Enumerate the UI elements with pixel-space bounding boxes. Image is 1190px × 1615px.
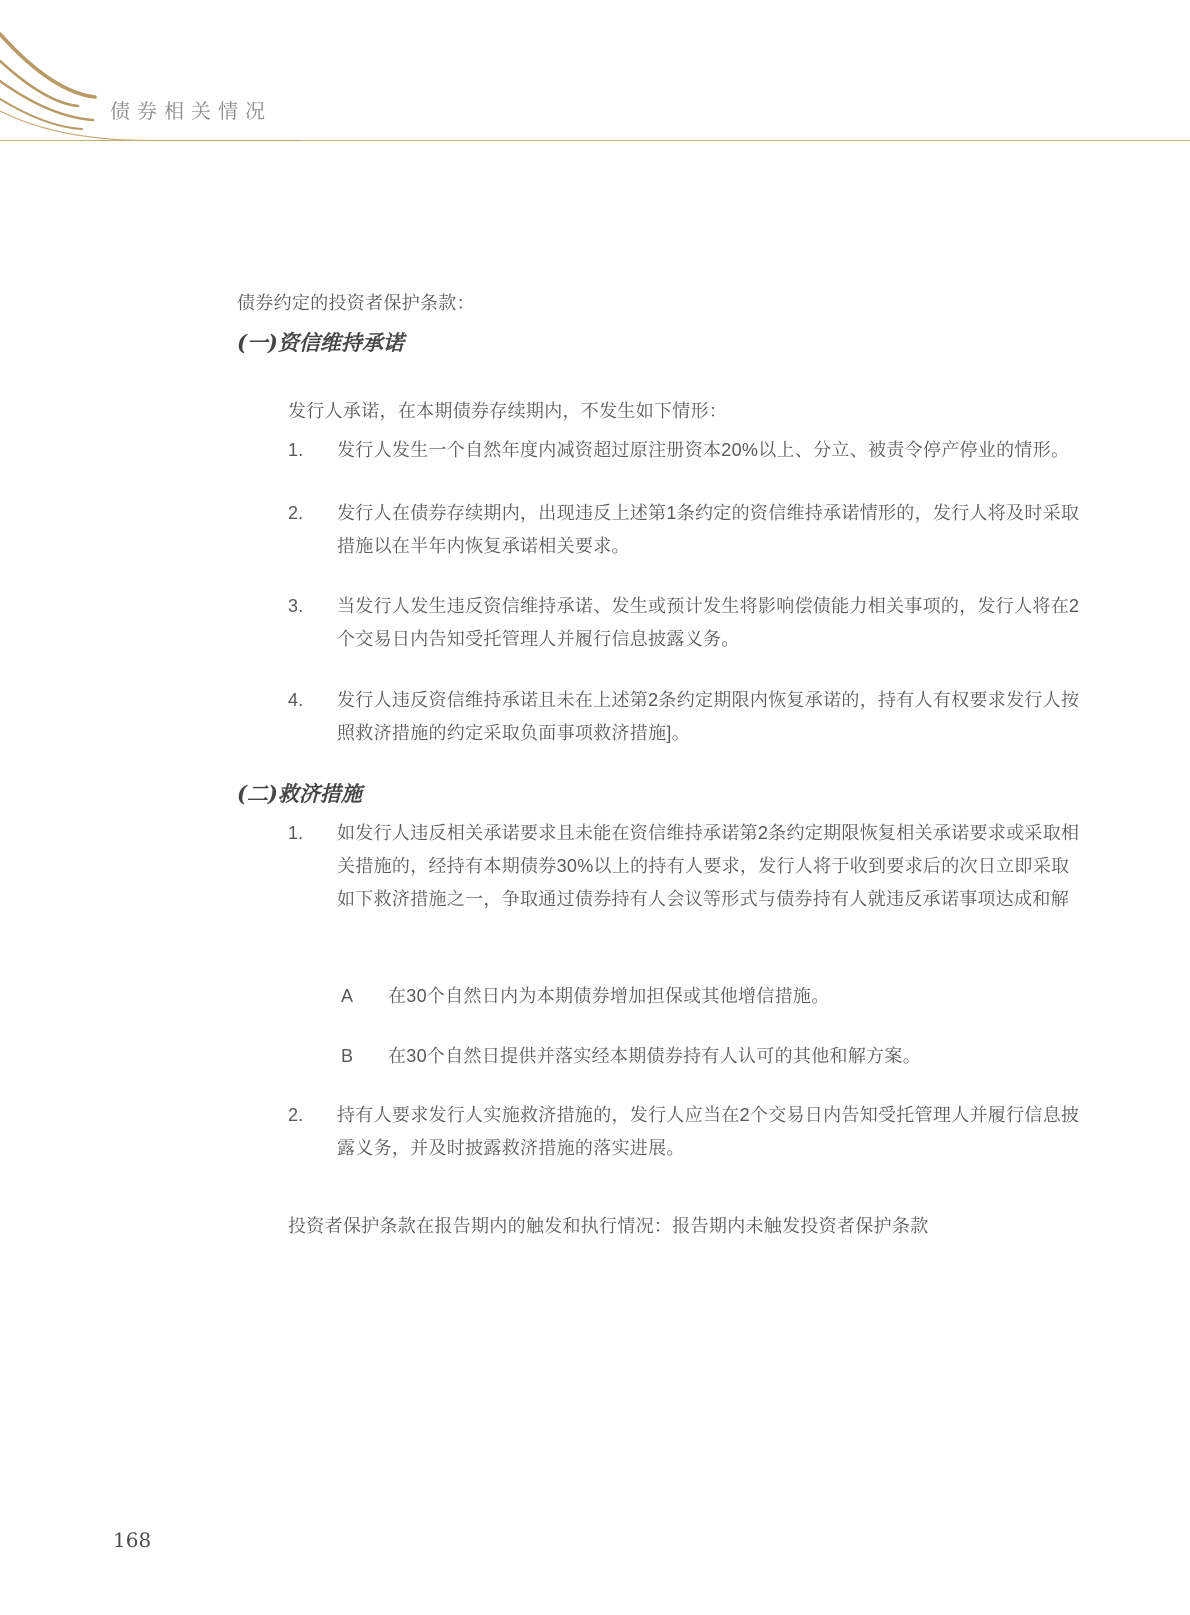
section-1-heading: (一)资信维持承诺 bbox=[237, 330, 404, 356]
section-1-lead-paragraph: 发行人承诺，在本期债券存续期内，不发生如下情形： bbox=[288, 395, 727, 428]
list-item: 4.发行人违反资信维持承诺且未在上述第2条约定期限内恢复承诺的，持有人有权要求发… bbox=[288, 684, 1082, 750]
list-item-number: 1. bbox=[288, 434, 337, 467]
sub-list-item: A在30个自然日内为本期债券增加担保或其他增信措施。 bbox=[341, 980, 1041, 1013]
list-item: 2.持有人要求发行人实施救济措施的，发行人应当在2个交易日内告知受托管理人并履行… bbox=[288, 1099, 1082, 1165]
sub-list-item: B在30个自然日提供并落实经本期债券持有人认可的其他和解方案。 bbox=[341, 1040, 1041, 1073]
list-item: 3.当发行人发生违反资信维持承诺、发生或预计发生将影响偿债能力相关事项的，发行人… bbox=[288, 590, 1082, 656]
sub-list-item-letter: A bbox=[341, 980, 388, 1013]
list-item-text: 发行人违反资信维持承诺且未在上述第2条约定期限内恢复承诺的，持有人有权要求发行人… bbox=[337, 684, 1082, 750]
list-item-number: 1. bbox=[288, 817, 337, 850]
list-item-text: 发行人在债券存续期内，出现违反上述第1条约定的资信维持承诺情形的，发行人将及时采… bbox=[337, 497, 1082, 563]
list-item-number: 3. bbox=[288, 590, 337, 623]
list-item: 1.如发行人违反相关承诺要求且未能在资信维持承诺第2条约定期限恢复相关承诺要求或… bbox=[288, 817, 1082, 916]
page-header-title: 债券相关情况 bbox=[110, 95, 272, 124]
sub-list-item-text: 在30个自然日内为本期债券增加担保或其他增信措施。 bbox=[388, 980, 830, 1013]
intro-paragraph: 债券约定的投资者保护条款： bbox=[237, 287, 475, 320]
list-item-text: 持有人要求发行人实施救济措施的，发行人应当在2个交易日内告知受托管理人并履行信息… bbox=[337, 1099, 1082, 1165]
list-item-text: 如发行人违反相关承诺要求且未能在资信维持承诺第2条约定期限恢复相关承诺要求或采取… bbox=[337, 817, 1082, 916]
list-item-text: 当发行人发生违反资信维持承诺、发生或预计发生将影响偿债能力相关事项的，发行人将在… bbox=[337, 590, 1082, 656]
section-2-heading: (二)救济措施 bbox=[237, 781, 362, 807]
list-item-text: 发行人发生一个自然年度内减资超过原注册资本20%以上、分立、被责令停产停业的情形… bbox=[337, 434, 1082, 467]
list-item: 1.发行人发生一个自然年度内减资超过原注册资本20%以上、分立、被责令停产停业的… bbox=[288, 434, 1082, 467]
sub-list-item-letter: B bbox=[341, 1040, 388, 1073]
list-item-number: 2. bbox=[288, 497, 337, 530]
list-item-number: 2. bbox=[288, 1099, 337, 1132]
header-divider bbox=[0, 140, 1190, 141]
page-number: 168 bbox=[113, 1528, 151, 1552]
list-item: 2.发行人在债券存续期内，出现违反上述第1条约定的资信维持承诺情形的，发行人将及… bbox=[288, 497, 1082, 563]
sub-list-item-text: 在30个自然日提供并落实经本期债券持有人认可的其他和解方案。 bbox=[388, 1040, 921, 1073]
document-page: 债券相关情况 债券约定的投资者保护条款： (一)资信维持承诺 发行人承诺，在本期… bbox=[0, 0, 1190, 1615]
closing-paragraph: 投资者保护条款在报告期内的触发和执行情况：报告期内未触发投资者保护条款 bbox=[288, 1210, 929, 1243]
gold-arcs-decoration bbox=[0, 0, 300, 150]
list-item-number: 4. bbox=[288, 684, 337, 717]
